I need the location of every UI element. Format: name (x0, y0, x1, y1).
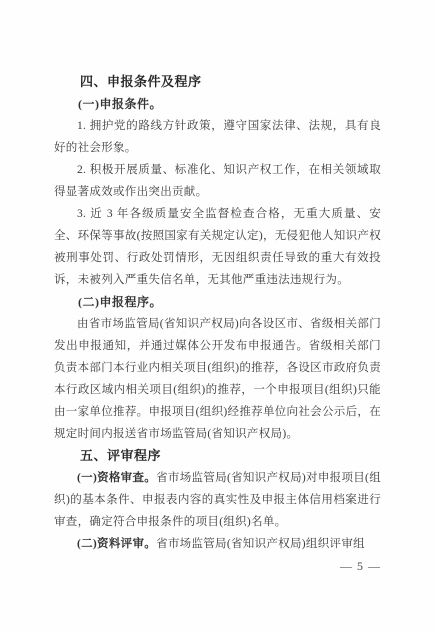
paragraph: 3. 近 3 年各级质量安全监督检查合格，无重大质量、安全、环保等事故(按照国家… (54, 203, 381, 291)
paragraph: 2. 积极开展质量、标准化、知识产权工作，在相关领域取得显著成效或作出突出贡献。 (54, 159, 381, 203)
paragraph-lead: (一)资格审查。 (77, 472, 156, 484)
paragraph: 由省市场监管局(省知识产权局)向各设区市、省级相关部门发出申报通知，并通过媒体公… (54, 313, 381, 445)
paragraph: (一)资格审查。省市场监管局(省知识产权局)对申报项目(组织)的基本条件、申报表… (54, 467, 381, 533)
paragraph-lead: (二)资料评审。 (77, 538, 156, 550)
document-body: 四、申报条件及程序(一)申报条件。1. 拥护党的路线方针政策，遵守国家法律、法规… (54, 71, 381, 555)
paragraph: (二)资料评审。省市场监管局(省知识产权局)组织评审组 (54, 533, 381, 555)
section-heading: 五、评审程序 (54, 445, 381, 467)
paragraph: 1. 拥护党的路线方针政策，遵守国家法律、法规，具有良好的社会形象。 (54, 115, 381, 159)
subsection-heading: (二)申报程序。 (54, 291, 381, 313)
section-heading: 四、申报条件及程序 (54, 71, 381, 93)
subsection-heading: (一)申报条件。 (54, 93, 381, 115)
paragraph-text: 省市场监管局(省知识产权局)组织评审组 (156, 538, 365, 550)
document-page: 四、申报条件及程序(一)申报条件。1. 拥护党的路线方针政策，遵守国家法律、法规… (0, 0, 436, 633)
page-number: — 5 — (54, 555, 383, 577)
